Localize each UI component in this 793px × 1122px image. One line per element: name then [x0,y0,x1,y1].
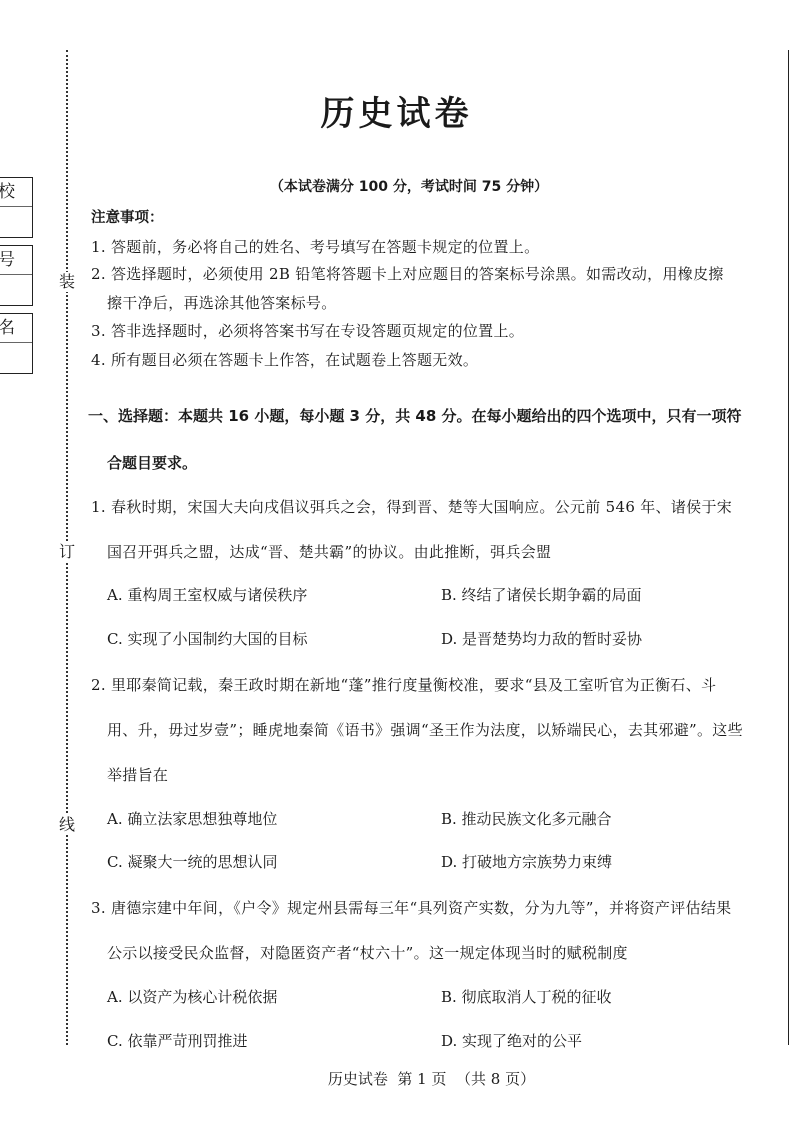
binding-mark-ding: 订 [57,542,77,562]
page-title: 历史试卷 [0,86,793,135]
name-field[interactable] [0,343,32,373]
exam-number-info-box: 号 [0,245,33,306]
question-2-option-c[interactable]: C. 凝聚大一统的思想认同 [107,851,277,872]
exam-subtitle: （本试卷满分 100 分，考试时间 75 分钟） [0,176,793,196]
question-2-stem-line-2: 用、升，毋过岁壹”；睡虎地秦简《语书》强调“圣王作为法度，以矫端民心，去其邪避”… [107,719,743,740]
name-info-box: 名 [0,313,33,374]
question-3-option-c[interactable]: C. 依靠严苛刑罚推进 [107,1030,247,1051]
question-2-option-a[interactable]: A. 确立法家思想独尊地位 [107,808,277,829]
question-3-option-d[interactable]: D. 实现了绝对的公平 [441,1030,582,1051]
question-3-option-b[interactable]: B. 彻底取消人丁税的征收 [441,986,612,1007]
notice-heading: 注意事项： [91,206,164,227]
question-3-stem-line-2: 公示以接受民众监督，对隐匿资产者“杖六十”。这一规定体现当时的赋税制度 [107,942,628,963]
question-1-stem-line-1: 1. 春秋时期，宋国大夫向戌倡议弭兵之会，得到晋、楚等大国响应。公元前 546 … [91,496,732,517]
section-heading-cont: 合题目要求。 [107,452,197,473]
question-1-option-a[interactable]: A. 重构周王室权威与诸侯秩序 [107,584,307,605]
notice-line-4: 4. 所有题目必须在答题卡上作答，在试题卷上答题无效。 [91,349,478,370]
exam-number-label: 号 [0,246,32,275]
exam-number-field[interactable] [0,275,32,305]
question-3-stem-line-1: 3. 唐德宗建中年间，《户令》规定州县需每三年“具列资产实数，分为九等”，并将资… [91,897,731,918]
question-2-stem-line-3: 举措旨在 [107,764,168,785]
notice-line-3: 3. 答非选择题时，必须将答案书写在专设答题页规定的位置上。 [91,320,524,341]
notice-line-2: 2. 答选择题时，必须使用 2B 铅笔将答题卡上对应题目的答案标号涂黑。如需改动… [91,263,724,284]
binding-mark-xian: 线 [57,815,77,835]
question-2-option-d[interactable]: D. 打破地方宗族势力束缚 [441,851,612,872]
section-heading: 一、选择题：本题共 16 小题，每小题 3 分，共 48 分。在每小题给出的四个… [88,405,742,426]
question-2-stem-line-1: 2. 里耶秦简记载，秦王政时期在新地“蓬”推行度量衡校准，要求“县及工室听官为正… [91,674,716,695]
question-1-option-d[interactable]: D. 是晋楚势均力敌的暂时妥协 [441,628,642,649]
question-1-option-c[interactable]: C. 实现了小国制约大国的目标 [107,628,307,649]
notice-line-1: 1. 答题前，务必将自己的姓名、考号填写在答题卡规定的位置上。 [91,236,539,257]
school-field[interactable] [0,207,32,237]
question-1-option-b[interactable]: B. 终结了诸侯长期争霸的局面 [441,584,642,605]
question-1-stem-line-2: 国召开弭兵之盟，达成“晋、楚共霸”的协议。由此推断，弭兵会盟 [107,541,551,562]
name-label: 名 [0,314,32,343]
binding-mark-zhuang: 装 [57,272,77,292]
notice-line-2-cont: 擦干净后，再选涂其他答案标号。 [107,292,337,313]
question-3-option-a[interactable]: A. 以资产为核心计税依据 [107,986,277,1007]
question-2-option-b[interactable]: B. 推动民族文化多元融合 [441,808,612,829]
page-right-border [788,50,789,1045]
page-footer: 历史试卷 第 1 页 （共 8 页） [0,1068,793,1089]
